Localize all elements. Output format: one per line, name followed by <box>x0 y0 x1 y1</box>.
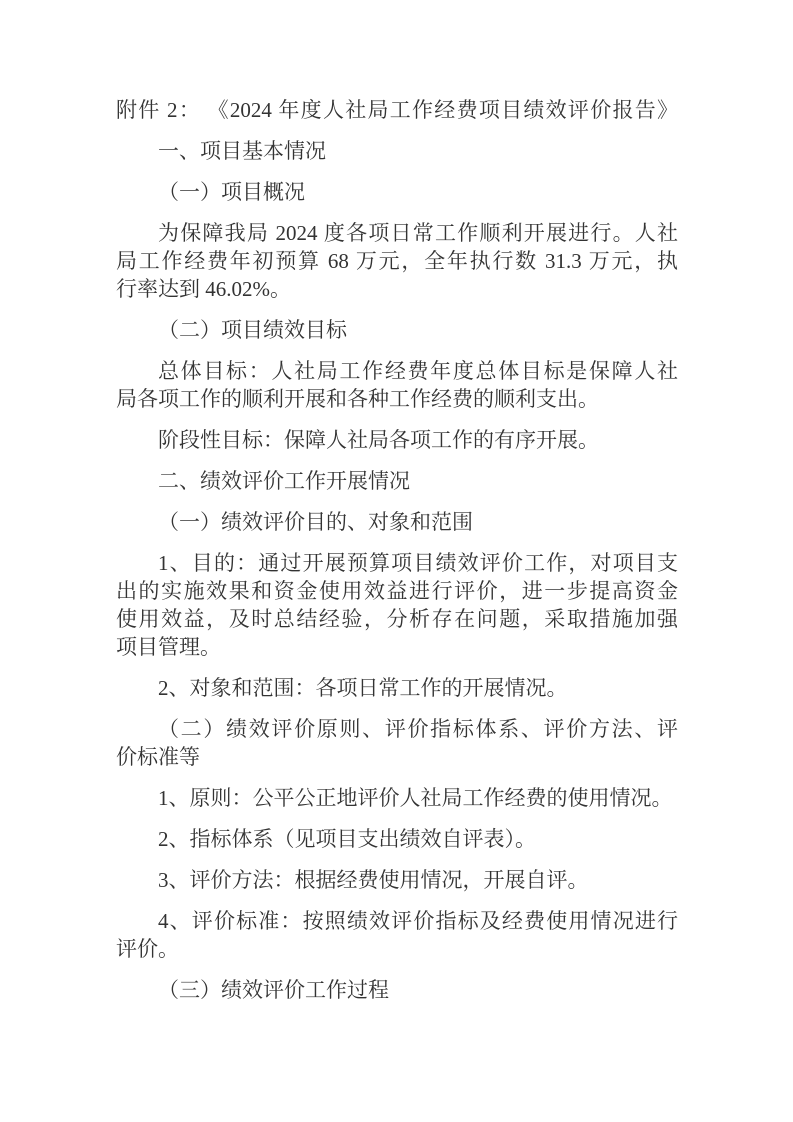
body-line: 2、指标体系（见项目支出绩效自评表）。 <box>116 825 678 853</box>
body-paragraph-scope: 2、对象和范围：各项日常工作的开展情况。 <box>116 674 678 702</box>
body-line: 总体目标：人社局工作经费年度总体目标是保障人社 <box>116 357 678 385</box>
body-line: 1、原则：公平公正地评价人社局工作经费的使用情况。 <box>116 784 678 812</box>
body-line: 1、目的：通过开展预算项目绩效评价工作，对项目支 <box>116 549 678 577</box>
heading-line: （一）项目概况 <box>116 178 678 206</box>
body-paragraph-method: 3、评价方法：根据经费使用情况，开展自评。 <box>116 866 678 894</box>
attachment-title-line: 附件 2： 《2024 年度人社局工作经费项目绩效评价报告》 <box>116 96 678 124</box>
body-line: 行率达到 46.02%。 <box>116 275 678 303</box>
body-line: 评价。 <box>116 935 678 963</box>
subheading-2-3: （三）绩效评价工作过程 <box>116 976 678 1004</box>
heading-line: （二）绩效评价原则、评价指标体系、评价方法、评 <box>116 715 678 743</box>
subheading-2-1: （一）绩效评价目的、对象和范围 <box>116 508 678 536</box>
subheading-1-2: （二）项目绩效目标 <box>116 316 678 344</box>
body-line: 为保障我局 2024 度各项日常工作顺利开展进行。人社 <box>116 219 678 247</box>
body-line: 局工作经费年初预算 68 万元，全年执行数 31.3 万元，执 <box>116 247 678 275</box>
body-line: 项目管理。 <box>116 633 678 661</box>
heading-section-2: 二、绩效评价工作开展情况 <box>116 467 678 495</box>
body-line: 4、评价标准：按照绩效评价指标及经费使用情况进行 <box>116 907 678 935</box>
body-paragraph-purpose: 1、目的：通过开展预算项目绩效评价工作，对项目支 出的实施效果和资金使用效益进行… <box>116 549 678 661</box>
body-paragraph-overall-goal: 总体目标：人社局工作经费年度总体目标是保障人社 局各项工作的顺利开展和各种工作经… <box>116 357 678 413</box>
heading-line: （三）绩效评价工作过程 <box>116 976 678 1004</box>
heading-line: （二）项目绩效目标 <box>116 316 678 344</box>
heading-line: 价标准等 <box>116 743 678 771</box>
body-line: 3、评价方法：根据经费使用情况，开展自评。 <box>116 866 678 894</box>
body-line: 使用效益，及时总结经验，分析存在问题，采取措施加强 <box>116 605 678 633</box>
heading-line: 一、项目基本情况 <box>116 137 678 165</box>
heading-line: （一）绩效评价目的、对象和范围 <box>116 508 678 536</box>
document-content: 附件 2： 《2024 年度人社局工作经费项目绩效评价报告》 一、项目基本情况 … <box>116 96 678 1004</box>
subheading-1-1: （一）项目概况 <box>116 178 678 206</box>
body-line: 出的实施效果和资金使用效益进行评价，进一步提高资金 <box>116 577 678 605</box>
body-line: 2、对象和范围：各项日常工作的开展情况。 <box>116 674 678 702</box>
heading-section-1: 一、项目基本情况 <box>116 137 678 165</box>
subheading-2-2: （二）绩效评价原则、评价指标体系、评价方法、评 价标准等 <box>116 715 678 771</box>
body-paragraph-stage-goal: 阶段性目标：保障人社局各项工作的有序开展。 <box>116 426 678 454</box>
attachment-title: 附件 2： 《2024 年度人社局工作经费项目绩效评价报告》 <box>116 96 678 124</box>
body-line: 局各项工作的顺利开展和各种工作经费的顺利支出。 <box>116 385 678 413</box>
body-paragraph-overview: 为保障我局 2024 度各项日常工作顺利开展进行。人社 局工作经费年初预算 68… <box>116 219 678 303</box>
document-page: 附件 2： 《2024 年度人社局工作经费项目绩效评价报告》 一、项目基本情况 … <box>0 0 793 1122</box>
body-paragraph-indicator-system: 2、指标体系（见项目支出绩效自评表）。 <box>116 825 678 853</box>
heading-line: 二、绩效评价工作开展情况 <box>116 467 678 495</box>
body-paragraph-standard: 4、评价标准：按照绩效评价指标及经费使用情况进行 评价。 <box>116 907 678 963</box>
body-line: 阶段性目标：保障人社局各项工作的有序开展。 <box>116 426 678 454</box>
body-paragraph-principle: 1、原则：公平公正地评价人社局工作经费的使用情况。 <box>116 784 678 812</box>
